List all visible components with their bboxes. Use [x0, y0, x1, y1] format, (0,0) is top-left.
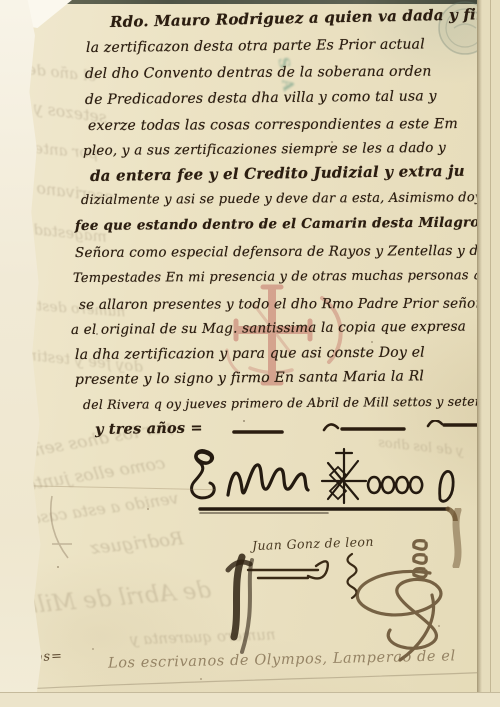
- manuscript-line: fee que estando dentro de el Camarin des…: [75, 214, 500, 234]
- manuscript-page: el año de mill setezos y ocho por ante m…: [0, 0, 500, 707]
- manuscript-line: Señora como especial defensora de Rayos …: [75, 243, 487, 261]
- page-bottom-edge: [0, 692, 500, 707]
- notarial-rubric-signature: [178, 443, 478, 521]
- manuscript-line: da entera fee y el Credito Judizial y ex…: [90, 162, 465, 185]
- pencil-mark: [44, 492, 84, 567]
- ink-blot-strokes: [212, 552, 272, 667]
- page-right-edge: [477, 0, 500, 707]
- line-filler-strokes: [232, 420, 494, 440]
- manuscript-line: del Rivera q oy jueves primero de Abril …: [83, 393, 496, 412]
- manuscript-line: pleo, y a sus zertificaziones siempre se…: [83, 140, 446, 159]
- manuscript-line: a el original de su Mag. santissima la c…: [71, 319, 466, 338]
- manuscript-line: se allaron presentes y todo el dho Rmo P…: [79, 296, 497, 313]
- pen-flourish-large: [320, 535, 475, 665]
- bleedthrough-text: de Abril de Mill: [29, 577, 212, 619]
- manuscript-line: y tres años =: [95, 419, 203, 438]
- manuscript-line: presente y lo signo y firmo En santa Mar…: [75, 368, 424, 388]
- manuscript-line: Tempestades En mi presencia y de otras m…: [73, 268, 498, 286]
- manuscript-line: del dho Convento dentras de la soberana …: [85, 64, 432, 82]
- manuscript-line: de Predicadores desta dha villa y como t…: [85, 88, 437, 108]
- manuscript-line: exerze todas las cosas correspondientes …: [88, 116, 458, 134]
- bleedthrough-text: Rodriguez: [89, 528, 184, 559]
- manuscript-line: dizialmente y asi se puede y deve dar a …: [81, 190, 482, 208]
- manuscript-line: la zertificazon desta otra parte Es Prio…: [86, 36, 425, 56]
- scan-background-strip: [26, 0, 500, 4]
- manuscript-line: la dha zertificazion y para que asi cons…: [75, 345, 425, 363]
